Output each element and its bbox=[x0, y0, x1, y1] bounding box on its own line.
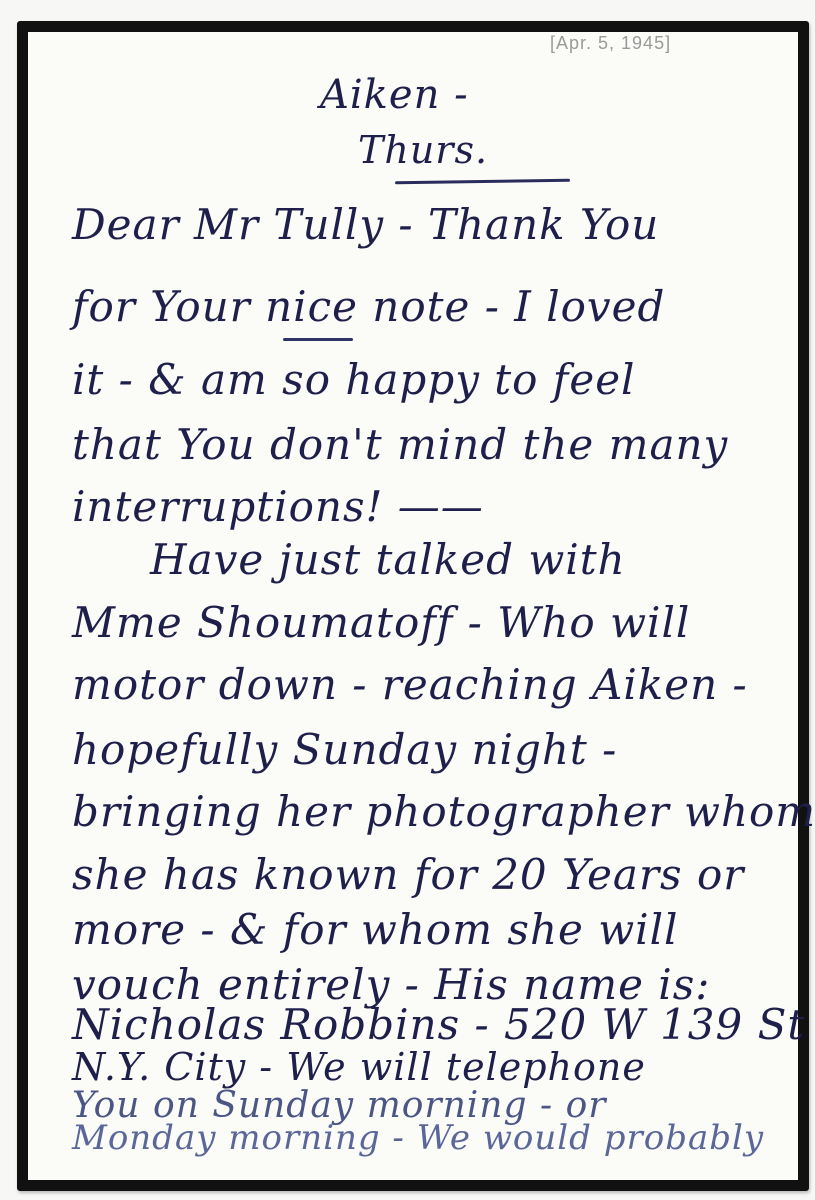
letter-line-14: Nicholas Robbins - 520 W 139 St bbox=[72, 1000, 805, 1049]
letter-line-5: interruptions! —— bbox=[72, 482, 484, 531]
letter-line-2: for Your nice note - I loved bbox=[72, 282, 665, 331]
letter-line-10: bringing her photographer whom bbox=[72, 787, 815, 836]
letter-line-15: N.Y. City - We will telephone bbox=[72, 1045, 646, 1089]
letter-line-3: it - & am so happy to feel bbox=[72, 355, 636, 404]
letter-line-7: Mme Shoumatoff - Who will bbox=[72, 598, 690, 647]
letter-place-heading: Aiken - bbox=[320, 72, 469, 118]
letter-line-1: Dear Mr Tully - Thank You bbox=[72, 200, 659, 249]
archival-date-note: [Apr. 5, 1945] bbox=[550, 33, 671, 54]
letter-line-12: more - & for whom she will bbox=[72, 905, 678, 954]
letter-day-heading: Thurs. bbox=[358, 128, 488, 172]
letter-line-8: motor down - reaching Aiken - bbox=[72, 660, 748, 709]
underline-nice bbox=[283, 338, 353, 341]
letter-line-17: Monday morning - We would probably bbox=[72, 1118, 764, 1158]
letter-line-11: she has known for 20 Years or bbox=[72, 850, 744, 899]
letter-line-4: that You don't mind the many bbox=[72, 420, 728, 469]
letter-line-9: hopefully Sunday night - bbox=[72, 725, 617, 774]
letter-line-6: Have just talked with bbox=[150, 535, 626, 584]
